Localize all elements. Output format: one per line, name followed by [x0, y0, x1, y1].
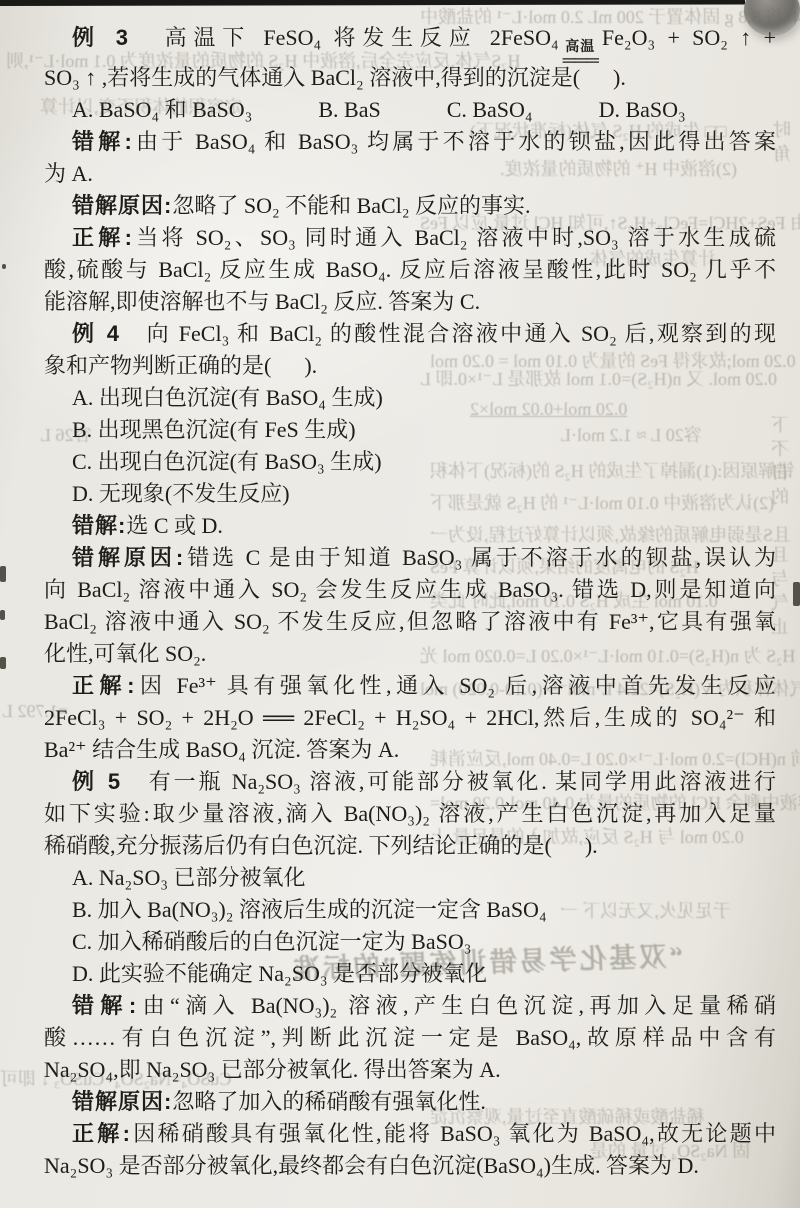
- example4-option-b: B. 出现黑色沉淀(有 FeS 生成): [44, 414, 776, 446]
- example4-error-reason-line2: 向 BaCl₂ 溶液中通入 SO₂ 会发生反应生成 BaSO₃. 错选 D,则是…: [44, 574, 776, 606]
- scan-edge-mark: [793, 582, 800, 606]
- example5-question-line2: 如下实验:取少量溶液,滴入 Ba(NO₃)₂ 溶液,产生白色沉淀,再加入足量: [44, 798, 776, 830]
- line-text: 因 Fe³⁺ 具有强氧化性,通入 SO₂ 后,溶液中首先发生反应: [135, 673, 776, 698]
- example4-question-line1: 例 4 向 FeCl₃ 和 BaCl₂ 的酸性混合溶液中通入 SO₂ 后,观察到…: [44, 318, 776, 350]
- line-text: C. 加入稀硝酸后的白色沉淀一定为 BaSO₃: [72, 929, 471, 954]
- example4-correct-equation: 2FeCl₃ + SO₂ + 2H₂O ══ 2FeCl₂ + H₂SO₄ + …: [44, 702, 776, 734]
- bold-label: 正解:: [72, 1121, 131, 1146]
- line-text: 化性,可氧化 SO₂.: [44, 641, 206, 666]
- example4-option-c: C. 出现白色沉淀(有 BaSO₃ 生成): [44, 446, 776, 478]
- bold-label: 例 3: [72, 25, 129, 50]
- scan-edge-mark: [2, 264, 6, 269]
- line-text: Fe₂O₃ + SO₂ ↑ +: [602, 25, 776, 50]
- example3-correct-line2: 酸,硫酸与 BaCl₂ 反应生成 BaSO₄. 反应后溶液呈酸性,此时 SO₂ …: [44, 254, 776, 286]
- bold-label: 正解:: [72, 225, 133, 250]
- example5-error-reason: 错解原因:忽略了加入的稀硝酸有强氧化性.: [44, 1086, 776, 1118]
- line-text: B. 出现黑色沉淀(有 FeS 生成): [72, 417, 356, 442]
- line-text: 有一瓶 Na₂SO₃ 溶液,可能部分被氧化. 某同学用此溶液进行: [121, 769, 776, 794]
- bold-label: 例 5: [72, 769, 121, 794]
- line-text: A. Na₂SO₃ 已部分被氧化: [72, 865, 306, 890]
- line-text: 向 FeCl₃ 和 BaCl₂ 的酸性混合溶液中通入 SO₂ 后,观察到的现: [120, 321, 776, 346]
- example3-correct-line1: 正解:当将 SO₂、SO₃ 同时通入 BaCl₂ 溶液中时,SO₃ 溶于水生成硫: [44, 222, 776, 254]
- example4-error-reason-line3: BaCl₂ 溶液中通入 SO₂ 不发生反应,但忽略了溶液中有 Fe³⁺,它具有强…: [44, 606, 776, 638]
- bold-label: 错解:: [72, 513, 126, 538]
- page-text-content: 例 3 高温下 FeSO₄ 将发生反应 2FeSO₄高温═══Fe₂O₃ + S…: [44, 22, 776, 1182]
- scan-edge-mark: [0, 566, 6, 582]
- example4-correct-line3: Ba²⁺ 结合生成 BaSO₄ 沉淀. 答案为 A.: [44, 734, 776, 766]
- example4-correct-line1: 正解:因 Fe³⁺ 具有强氧化性,通入 SO₂ 后,溶液中首先发生反应: [44, 670, 776, 702]
- example5-correct-line2: Na₂SO₃ 是否部分被氧化,最终都会有白色沉淀(BaSO₄)生成. 答案为 D…: [44, 1150, 776, 1182]
- example3-wrong-answer-line2: 为 A.: [44, 158, 776, 190]
- line-text: 酸,硫酸与 BaCl₂ 反应生成 BaSO₄. 反应后溶液呈酸性,此时 SO₂ …: [44, 257, 776, 282]
- line-text: A. BaSO₄ 和 BaSO₃ B. BaS C. BaSO₄ D. BaSO…: [72, 97, 686, 122]
- example3-options: A. BaSO₄ 和 BaSO₃ B. BaS C. BaSO₄ D. BaSO…: [44, 94, 776, 126]
- line-text: 能溶解,即使溶解也不与 BaCl₂ 反应. 答案为 C.: [44, 289, 480, 314]
- line-text: 高温下 FeSO₄ 将发生反应 2FeSO₄: [129, 25, 559, 50]
- line-text: Na₂SO₃ 是否部分被氧化,最终都会有白色沉淀(BaSO₄)生成. 答案为 D…: [44, 1153, 699, 1178]
- line-text: 稀硝酸,充分振荡后仍有白色沉淀. 下列结论正确的是( ).: [44, 833, 598, 858]
- scan-edge-artifact: [0, 0, 745, 6]
- line-text: 忽略了加入的稀硝酸有强氧化性.: [172, 1089, 486, 1114]
- line-text: 选 C 或 D.: [126, 513, 223, 538]
- scan-edge-mark: [0, 610, 5, 620]
- scanned-textbook-page: 例 4. 将 8.8 g 固体置于 200 mL 2.0 mol·L⁻¹ 的盐酸…: [0, 0, 800, 1208]
- example5-wrong-answer-line3: Na₂SO₄,即 Na₂SO₃ 已部分被氧化. 得出答案为 A.: [44, 1054, 776, 1086]
- example3-error-reason: 错解原因:忽略了 SO₂ 不能和 BaCl₂ 反应的事实.: [44, 190, 776, 222]
- line-text: 忽略了 SO₂ 不能和 BaCl₂ 反应的事实.: [172, 193, 530, 218]
- bold-label: 错解:: [72, 129, 133, 154]
- bold-label: 例 4: [72, 321, 120, 346]
- example3-question-line2: SO₃ ↑ ,若将生成的气体通入 BaCl₂ 溶液中,得到的沉淀是( ).: [44, 62, 776, 94]
- example5-option-b: B. 加入 Ba(NO₃)₂ 溶液后生成的沉淀一定含 BaSO₄: [44, 894, 776, 926]
- example5-question-line1: 例 5 有一瓶 Na₂SO₃ 溶液,可能部分被氧化. 某同学用此溶液进行: [44, 766, 776, 798]
- example5-question-line3: 稀硝酸,充分振荡后仍有白色沉淀. 下列结论正确的是( ).: [44, 830, 776, 862]
- line-text: 2FeCl₃ + SO₂ + 2H₂O ══ 2FeCl₂ + H₂SO₄ + …: [44, 705, 776, 730]
- example5-option-c: C. 加入稀硝酸后的白色沉淀一定为 BaSO₃: [44, 926, 776, 958]
- bold-label: 错解原因:: [72, 193, 172, 218]
- scan-edge-mark: [0, 657, 6, 669]
- example4-wrong-answer: 错解:选 C 或 D.: [44, 510, 776, 542]
- example4-option-d: D. 无现象(不发生反应): [44, 478, 776, 510]
- line-text: 为 A.: [44, 161, 93, 186]
- line-text: 当将 SO₂、SO₃ 同时通入 BaCl₂ 溶液中时,SO₃ 溶于水生成硫: [133, 225, 776, 250]
- example3-wrong-answer-line1: 错解:由于 BaSO₄ 和 BaSO₃ 均属于不溶于水的钡盐,因此得出答案: [44, 126, 776, 158]
- example4-error-reason-line4: 化性,可氧化 SO₂.: [44, 638, 776, 670]
- line-text: 错选 C 是由于知道 BaSO₃ 属于不溶于水的钡盐,误认为: [184, 545, 776, 570]
- example5-wrong-answer-line2: 酸……有白色沉淀”,判断此沉淀一定是 BaSO₄,故原样品中含有: [44, 1022, 776, 1054]
- line-text: D. 此实验不能确定 Na₂SO₃ 是否部分被氧化: [72, 961, 487, 986]
- example5-correct-line1: 正解:因稀硝酸具有强氧化性,能将 BaSO₃ 氧化为 BaSO₄,故无论题中: [44, 1118, 776, 1150]
- example4-option-a: A. 出现白色沉淀(有 BaSO₄ 生成): [44, 382, 776, 414]
- example3-question-line1: 例 3 高温下 FeSO₄ 将发生反应 2FeSO₄高温═══Fe₂O₃ + S…: [44, 22, 776, 62]
- line-text: 向 BaCl₂ 溶液中通入 SO₂ 会发生反应生成 BaSO₃. 错选 D,则是…: [44, 577, 776, 602]
- example3-correct-line3: 能溶解,即使溶解也不与 BaCl₂ 反应. 答案为 C.: [44, 286, 776, 318]
- bold-label: 错解:: [72, 993, 137, 1018]
- line-text: 因稀硝酸具有强氧化性,能将 BaSO₃ 氧化为 BaSO₄,故无论题中: [131, 1121, 776, 1146]
- example5-option-a: A. Na₂SO₃ 已部分被氧化: [44, 862, 776, 894]
- line-text: 由“滴入 Ba(NO₃)₂ 溶液,产生白色沉淀,再加入足量稀硝: [137, 993, 776, 1018]
- line-text: 如下实验:取少量溶液,滴入 Ba(NO₃)₂ 溶液,产生白色沉淀,再加入足量: [44, 801, 776, 826]
- line-text: 由于 BaSO₄ 和 BaSO₃ 均属于不溶于水的钡盐,因此得出答案: [133, 129, 776, 154]
- example5-wrong-answer-line1: 错解:由“滴入 Ba(NO₃)₂ 溶液,产生白色沉淀,再加入足量稀硝: [44, 990, 776, 1022]
- line-text: Ba²⁺ 结合生成 BaSO₄ 沉淀. 答案为 A.: [44, 737, 399, 762]
- line-text: Na₂SO₄,即 Na₂SO₃ 已部分被氧化. 得出答案为 A.: [44, 1057, 501, 1082]
- line-text: C. 出现白色沉淀(有 BaSO₃ 生成): [72, 449, 382, 474]
- example4-question-line2: 象和产物判断正确的是( ).: [44, 350, 776, 382]
- line-text: SO₃ ↑ ,若将生成的气体通入 BaCl₂ 溶液中,得到的沉淀是( ).: [44, 65, 626, 90]
- line-text: 酸……有白色沉淀”,判断此沉淀一定是 BaSO₄,故原样品中含有: [44, 1025, 776, 1050]
- line-text: A. 出现白色沉淀(有 BaSO₄ 生成): [72, 385, 383, 410]
- line-text: 象和产物判断正确的是( ).: [44, 353, 317, 378]
- bold-label: 错解原因:: [72, 545, 184, 570]
- example4-error-reason-line1: 错解原因:错选 C 是由于知道 BaSO₃ 属于不溶于水的钡盐,误认为: [44, 542, 776, 574]
- example5-option-d: D. 此实验不能确定 Na₂SO₃ 是否部分被氧化: [44, 958, 776, 990]
- bold-label: 错解原因:: [72, 1089, 172, 1114]
- line-text: B. 加入 Ba(NO₃)₂ 溶液后生成的沉淀一定含 BaSO₄: [72, 897, 547, 922]
- line-text: BaCl₂ 溶液中通入 SO₂ 不发生反应,但忽略了溶液中有 Fe³⁺,它具有强…: [44, 609, 776, 634]
- line-text: D. 无现象(不发生反应): [72, 481, 290, 506]
- bold-label: 正解:: [72, 673, 135, 698]
